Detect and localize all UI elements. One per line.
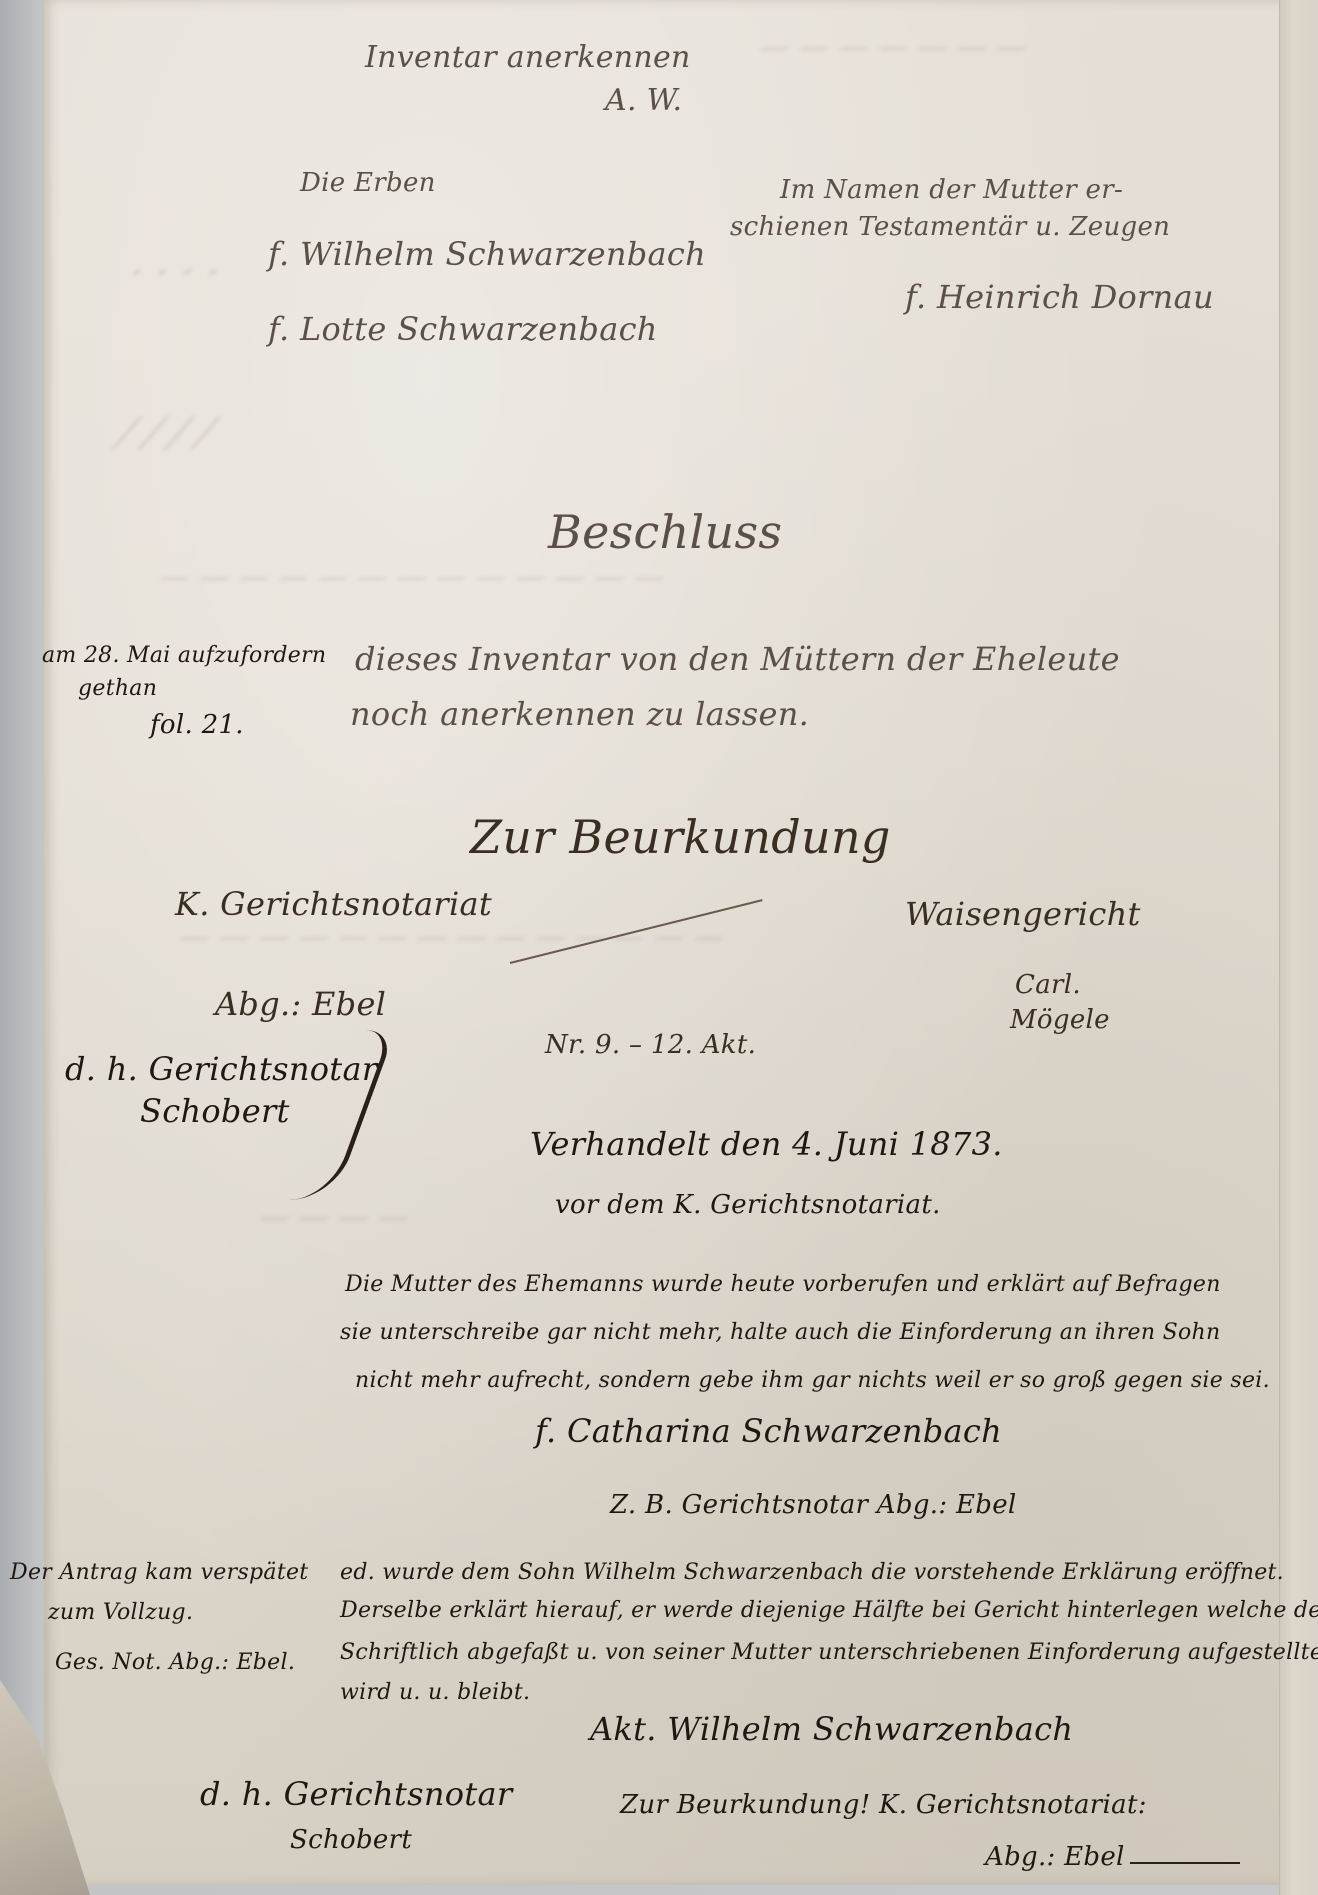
- protocol-paragraph-1-line-2: sie unterschreibe gar nicht mehr, halte …: [340, 1320, 1221, 1345]
- resolution-folio: fol. 21.: [150, 710, 244, 740]
- notariat-signature: Abg.: Ebel: [215, 985, 386, 1023]
- certification-heading: Zur Beurkundung: [470, 810, 891, 864]
- orphan-court-authority: Waisengericht: [905, 895, 1141, 933]
- son-signature: Akt. Wilhelm Schwarzenbach: [590, 1710, 1073, 1748]
- mother-signature-attestation: Z. B. Gerichtsnotar Abg.: Ebel: [610, 1490, 1017, 1520]
- closing-signature: Abg.: Ebel: [985, 1842, 1125, 1872]
- margin-note-line-2: zum Vollzug.: [48, 1600, 193, 1625]
- heir-signature-2: f. Lotte Schwarzenbach: [268, 310, 658, 348]
- resolution-margin-note-1: am 28. Mai aufzufordern: [42, 643, 326, 668]
- protocol-paragraph-1-line-3: nicht mehr aufrecht, sondern gebe ihm ga…: [355, 1368, 1270, 1393]
- resolution-text-line-2: noch anerkennen zu lassen.: [350, 695, 809, 733]
- heir-signature-1: f. Wilhelm Schwarzenbach: [268, 235, 706, 273]
- heirs-heading: Die Erben: [300, 168, 436, 198]
- margin-clerk-line-2: Schobert: [140, 1092, 290, 1130]
- mother-signature: f. Catharina Schwarzenbach: [535, 1412, 1002, 1450]
- margin-note-line-3: Ges. Not. Abg.: Ebel.: [55, 1650, 295, 1675]
- margin-note-line-1: Der Antrag kam verspätet: [10, 1560, 308, 1585]
- protocol-paragraph-1-line-1: Die Mutter des Ehemanns wurde heute vorb…: [345, 1272, 1221, 1297]
- resolution-text-line-1: dieses Inventar von den Müttern der Ehel…: [355, 640, 1120, 678]
- document-initials: A. W.: [605, 83, 682, 118]
- protocol-paragraph-2-line-1: ed. wurde dem Sohn Wilhelm Schwarzenbach…: [340, 1560, 1284, 1585]
- orphan-court-signature-1: Carl.: [1015, 970, 1081, 1000]
- fee-note: Nr. 9. – 12. Akt.: [545, 1030, 756, 1060]
- orphan-court-signature-2: Mögele: [1010, 1005, 1110, 1035]
- bottom-clerk-line-1: d. h. Gerichtsnotar: [200, 1775, 512, 1813]
- resolution-heading: Beschluss: [548, 505, 782, 559]
- closing-certification: Zur Beurkundung! K. Gerichtsnotariat:: [620, 1790, 1147, 1820]
- protocol-paragraph-2-line-4: wird u. u. bleibt.: [340, 1680, 530, 1705]
- bottom-clerk-line-2: Schobert: [290, 1825, 412, 1855]
- document-title: Inventar anerkennen: [365, 40, 691, 75]
- resolution-margin-note-2: gethan: [78, 676, 157, 701]
- signature-underline: [1130, 1862, 1240, 1864]
- protocol-paragraph-2-line-2: Derselbe erklärt hierauf, er werde dieje…: [340, 1598, 1318, 1623]
- mother-note-line-1: Im Namen der Mutter er-: [780, 175, 1123, 205]
- protocol-paragraph-2-line-3: Schriftlich abgefaßt u. von seiner Mutte…: [340, 1640, 1318, 1665]
- protocol-date: Verhandelt den 4. Juni 1873.: [530, 1125, 1003, 1163]
- notariat-authority: K. Gerichtsnotariat: [175, 885, 492, 923]
- mother-note-line-2: schienen Testamentär u. Zeugen: [730, 212, 1170, 242]
- protocol-place: vor dem K. Gerichtsnotariat.: [555, 1190, 941, 1220]
- witness-signature: f. Heinrich Dornau: [905, 278, 1214, 316]
